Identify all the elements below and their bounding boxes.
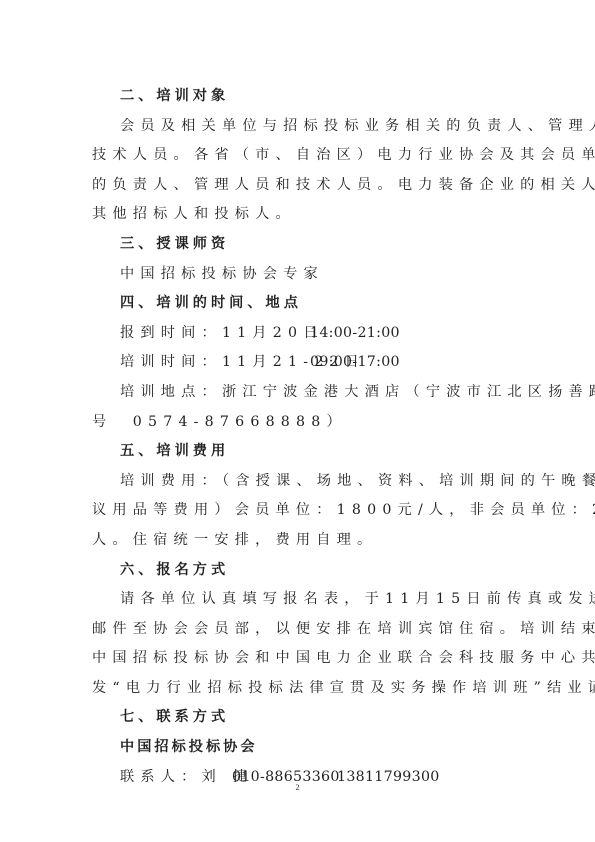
location-line: 号 0574-87668888） — [92, 408, 504, 438]
contact-organization: 中国招标投标协会 — [92, 733, 504, 763]
paragraph-line: 中国招标投标协会和中国电力企业联合会科技服务中心共同颁 — [92, 644, 504, 674]
paragraph-line: 中国招标投标协会专家 — [92, 260, 504, 290]
paragraph-line: 技术人员。各省（市、自治区）电力行业协会及其会员单位人员 — [92, 141, 504, 171]
heading-instructors: 三、授课师资 — [92, 230, 504, 260]
paragraph-line: 培训费用：（含授课、场地、资料、培训期间的午晚餐、会 — [92, 467, 504, 497]
heading-registration: 六、报名方式 — [92, 556, 504, 586]
checkin-label: 报到时间：11月20日 — [120, 319, 310, 349]
training-label: 培训时间：11月21-22日 — [120, 348, 310, 378]
paragraph-line: 人。住宿统一安排，费用自理。 — [92, 526, 504, 556]
paragraph-line: 发“电力行业招标投标法律宣贯及实务操作培训班”结业证书。 — [92, 674, 504, 704]
page-number: 2 — [0, 783, 595, 792]
heading-contact: 七、联系方式 — [92, 703, 504, 733]
paragraph-line: 邮件至协会会员部，以便安排在培训宾馆住宿。培训结束后，由 — [92, 615, 504, 645]
heading-time-location: 四、培训的时间、地点 — [92, 289, 504, 319]
training-time-row: 培训时间：11月21-22日09:00-17:00 — [92, 348, 504, 378]
paragraph-line: 议用品等费用）会员单位：1800元/人，非会员单位：2200元/ — [92, 496, 504, 526]
location-line: 培训地点：浙江宁波金港大酒店（宁波市江北区扬善路51 — [92, 378, 504, 408]
heading-training-target: 二、培训对象 — [92, 82, 504, 112]
training-time: 09:00-17:00 — [310, 354, 400, 370]
paragraph-line: 请各单位认真填写报名表，于11月15日前传真或发送电子 — [92, 585, 504, 615]
checkin-time: 14:00-21:00 — [310, 325, 400, 341]
paragraph-line: 会员及相关单位与招标投标业务相关的负责人、管理人员和 — [92, 112, 504, 142]
heading-fees: 五、培训费用 — [92, 437, 504, 467]
checkin-row: 报到时间：11月20日14:00-21:00 — [92, 319, 504, 349]
document-page: 二、培训对象 会员及相关单位与招标投标业务相关的负责人、管理人员和 技术人员。各… — [92, 82, 504, 792]
paragraph-line: 的负责人、管理人员和技术人员。电力装备企业的相关人员以及 — [92, 171, 504, 201]
paragraph-line: 其他招标人和投标人。 — [92, 200, 504, 230]
